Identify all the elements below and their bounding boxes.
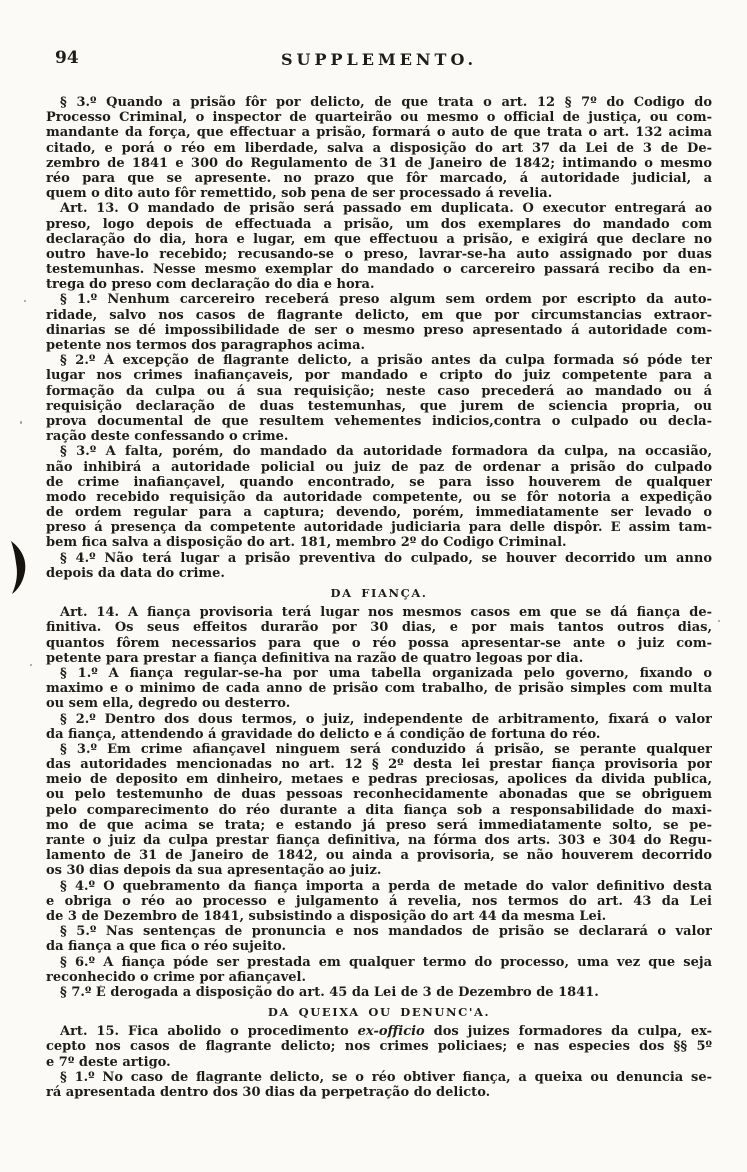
paragraph: § 2.º Dentro dos dous termos, o juiz, in… <box>46 712 712 742</box>
text-line: § 4.º O quebramento da fiança importa a … <box>46 879 712 894</box>
paper-speck <box>24 300 26 302</box>
paragraph: § 3.º Quando a prisão fôr por delicto, d… <box>46 95 712 201</box>
text-line: lamento de 31 de Janeiro de 1842, ou ain… <box>46 848 712 863</box>
text-line: petente nos termos dos paragraphos acima… <box>46 338 712 353</box>
text-line: quem o dito auto fôr remettido, sob pena… <box>46 186 712 201</box>
text-line: de ordem regular para a captura; devendo… <box>46 505 712 520</box>
ink-blot-mark <box>5 541 35 595</box>
section-heading: DA FIANÇA. <box>46 586 712 601</box>
text-line: formação da culpa ou á sua requisição; n… <box>46 384 712 399</box>
text-line: ração deste confessando o crime. <box>46 429 712 444</box>
text-line: prova documental de que resultem vehemen… <box>46 414 712 429</box>
text-line: não inhibirá a autoridade policial ou ju… <box>46 460 712 475</box>
text-line: rá apresentada dentro dos 30 dias da per… <box>46 1085 712 1100</box>
text-line: maximo e o minimo de cada anno de prisão… <box>46 681 712 696</box>
text-line: os 30 dias depois da sua apresentação ao… <box>46 863 712 878</box>
text-line: e obriga o réo ao processo e julgamento … <box>46 894 712 909</box>
text-line: Art. 15. Fica abolido o procedimento ex-… <box>46 1024 712 1039</box>
text-line: da fiança, attendendo á gravidade do del… <box>46 727 712 742</box>
text-line: lugar nos crimes inafiançaveis, por mand… <box>46 368 712 383</box>
text-line: mandante da força, que effectuar a prisã… <box>46 125 712 140</box>
text-line: preso, logo depois de effectuada a prisã… <box>46 217 712 232</box>
text-line: meio de deposito em dinheiro, metaes e p… <box>46 772 712 787</box>
paragraph: § 7.º É derogada a disposição do art. 45… <box>46 985 712 1000</box>
paragraph: Art. 13. O mandado de prisão será passad… <box>46 201 712 292</box>
text-line: citado, e porá o réo em liberdade, salva… <box>46 141 712 156</box>
text-line: § 7.º É derogada a disposição do art. 45… <box>46 985 712 1000</box>
page-title: SUPPLEMENTO. <box>46 50 712 69</box>
paper-speck <box>718 620 720 622</box>
text-line: § 1.º Nenhum carcereiro receberá preso a… <box>46 292 712 307</box>
paragraph: § 2.º Á excepção de flagrante delicto, a… <box>46 353 712 444</box>
text-line: mo de que acima se trata; e estando já p… <box>46 818 712 833</box>
text-line: réo para que se apresente. no prazo que … <box>46 171 712 186</box>
text-line: pelo comparecimento do réo durante a dit… <box>46 803 712 818</box>
text-line: § 3.º Em crime afiançavel ninguem será c… <box>46 742 712 757</box>
text-line: Art. 14. A fiança provisoria terá lugar … <box>46 605 712 620</box>
paragraph: Art. 15. Fica abolido o procedimento ex-… <box>46 1024 712 1070</box>
text-line: e 7º deste artigo. <box>46 1055 712 1070</box>
text-line: § 2.º Dentro dos dous termos, o juiz, in… <box>46 712 712 727</box>
text-line: testemunhas. Nesse mesmo exemplar do man… <box>46 262 712 277</box>
text-line: rante o juiz da culpa prestar fiança def… <box>46 833 712 848</box>
text-line: § 6.º A fiança póde ser prestada em qual… <box>46 955 712 970</box>
paragraph: § 3.º Em crime afiançavel ninguem será c… <box>46 742 712 879</box>
text-line: quantos fôrem necessarios para que o réo… <box>46 636 712 651</box>
section-heading: DA QUEIXA OU DENUNC'A. <box>46 1005 712 1020</box>
paragraph: § 3.º A falta, porém, do mandado da auto… <box>46 444 712 550</box>
text-line: de crime inafiançavel, quando encontrado… <box>46 475 712 490</box>
text-line: modo recebido requisição da autoridade c… <box>46 490 712 505</box>
text-line: reconhecido o crime por afiançavel. <box>46 970 712 985</box>
text-line: zembro de 1841 e 300 do Regulamento de 3… <box>46 156 712 171</box>
text-line: ou pelo testemunho de duas pessoas recon… <box>46 787 712 802</box>
text-line: depois da data do crime. <box>46 566 712 581</box>
paper-speck <box>30 664 32 666</box>
paragraph: § 6.º A fiança póde ser prestada em qual… <box>46 955 712 985</box>
text-line: petente para prestar a fiança definitiva… <box>46 651 712 666</box>
text-line: da fiança a que fica o réo sujeito. <box>46 939 712 954</box>
document-content: § 3.º Quando a prisão fôr por delicto, d… <box>46 95 712 1100</box>
paragraph: § 4.º O quebramento da fiança importa a … <box>46 879 712 925</box>
paragraph: § 1.º A fiança regular-se-ha por uma tab… <box>46 666 712 712</box>
paragraph: § 1.º Nenhum carcereiro receberá preso a… <box>46 292 712 353</box>
paragraph: § 4.º Não terá lugar a prisão preventiva… <box>46 551 712 581</box>
text-line: trega do preso com declaração do dia e h… <box>46 277 712 292</box>
paragraph: § 1.º No caso de flagrante delicto, se o… <box>46 1070 712 1100</box>
text-line: das autoridades mencionadas no art. 12 §… <box>46 757 712 772</box>
page: 94 SUPPLEMENTO. § 3.º Quando a prisão fô… <box>0 0 747 1172</box>
text-line: finitiva. Os seus effeitos durarão por 3… <box>46 620 712 635</box>
text-line: dinarias se dé impossibilidade de ser o … <box>46 323 712 338</box>
text-line: ou sem ella, degredo ou desterro. <box>46 696 712 711</box>
text-line: § 3.º Quando a prisão fôr por delicto, d… <box>46 95 712 110</box>
text-line: § 3.º A falta, porém, do mandado da auto… <box>46 444 712 459</box>
text-line: Art. 13. O mandado de prisão será passad… <box>46 201 712 216</box>
text-line: § 4.º Não terá lugar a prisão preventiva… <box>46 551 712 566</box>
text-line: § 1.º A fiança regular-se-ha por uma tab… <box>46 666 712 681</box>
paper-speck <box>20 421 22 424</box>
text-line: § 2.º Á excepção de flagrante delicto, a… <box>46 353 712 368</box>
text-line: bem fica salva a disposição do art. 181,… <box>46 535 712 550</box>
text-line: de 3 de Dezembro de 1841, subsistindo a … <box>46 909 712 924</box>
text-line: outro have-lo recebido; recusando-se o p… <box>46 247 712 262</box>
text-line: § 5.º Nas sentenças de pronuncia e nos m… <box>46 924 712 939</box>
text-line: ridade, salvo nos casos de flagrante del… <box>46 308 712 323</box>
text-line: requisição declaração de duas testemunha… <box>46 399 712 414</box>
paragraph: Art. 14. A fiança provisoria terá lugar … <box>46 605 712 666</box>
text-line: cepto nos casos de flagrante delicto; no… <box>46 1039 712 1054</box>
text-line: Processo Criminal, o inspector de quarte… <box>46 110 712 125</box>
text-line: declaração do dia, hora e lugar, em que … <box>46 232 712 247</box>
paragraph: § 5.º Nas sentenças de pronuncia e nos m… <box>46 924 712 954</box>
text-line: § 1.º No caso de flagrante delicto, se o… <box>46 1070 712 1085</box>
text-line: preso á presença da competente autoridad… <box>46 520 712 535</box>
